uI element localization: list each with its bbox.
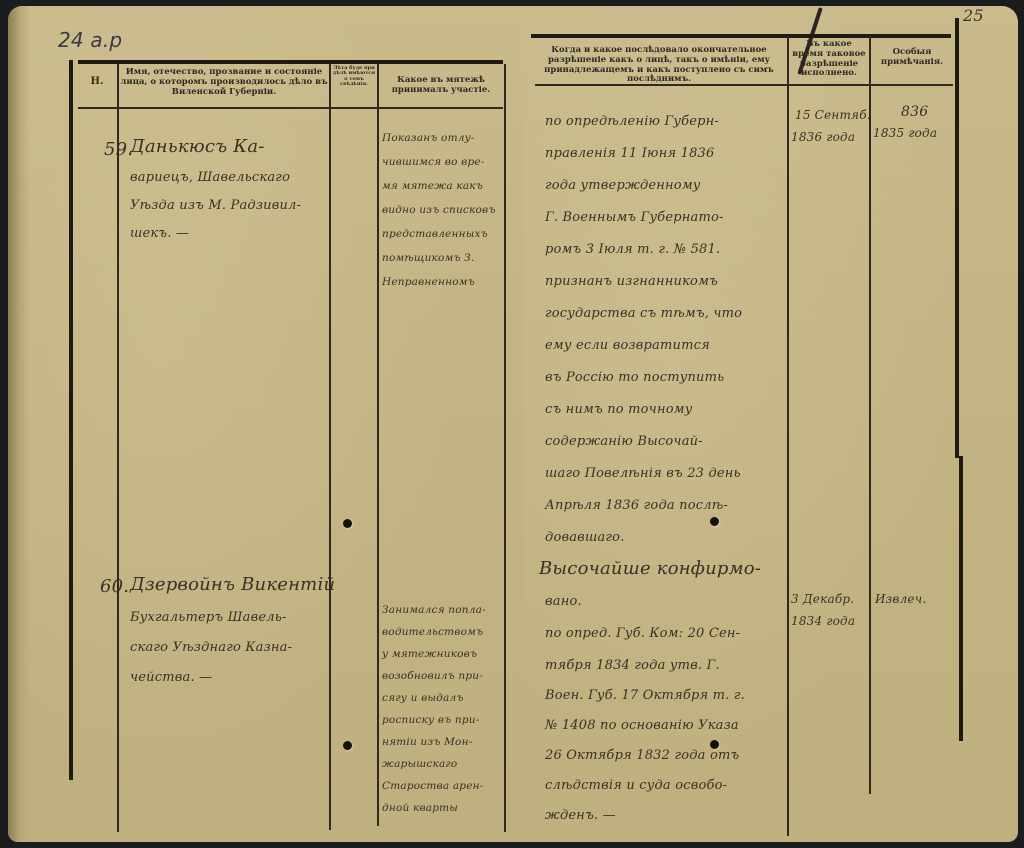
entry-60-participation-line: возобновилъ при-	[382, 670, 483, 682]
entry-60-name-line: Бухгальтеръ Шавель-	[130, 610, 287, 625]
entry-59-participation-line: видно изъ списковъ	[382, 204, 496, 216]
entry-2-resolution-line: 26 Октября 1832 года отъ	[545, 748, 739, 763]
entry-60-participation-line: сягу и выдалъ	[382, 692, 464, 704]
binding-hole	[343, 519, 352, 528]
entry-1-resolution-line: довавшаго.	[545, 530, 625, 545]
binding-hole	[343, 741, 352, 750]
entry-2-resolution-line: № 1408 по основанію Указа	[545, 718, 739, 733]
folio-note-left: 24 a.p	[58, 28, 122, 52]
entry-59-participation-line: мя мятежа какъ	[382, 180, 483, 192]
document-spread: 24 a.p Н. Имя, отечество, прозвание и со…	[0, 0, 1024, 848]
entry-59-participation-line: помѣщикомъ З.	[382, 252, 474, 264]
entry-1-resolution-line: Высочайше конфирмо-	[539, 558, 761, 579]
header-executed: Въ какое время таковое разрѣшеніе исполн…	[790, 40, 868, 79]
entry-60-participation-line: жарышскаго	[382, 758, 457, 770]
entry-2-executed-line: 1834 года	[791, 614, 855, 628]
entry-1-remarks-line: 1835 года	[873, 126, 937, 140]
header-top-rule	[78, 60, 503, 64]
header-top-rule	[531, 34, 951, 38]
entry-60-participation-line: дной кварты	[382, 802, 458, 814]
entry-60-participation-line: росписку въ при-	[382, 714, 479, 726]
col-divider-1	[787, 36, 789, 836]
entry-1-resolution-line: Г. Военнымъ Губернато-	[545, 210, 724, 225]
entry-1-resolution-line: по опредѣленію Губерн-	[545, 114, 719, 129]
entry-2-resolution-line: жденъ. —	[545, 808, 616, 823]
entry-2-resolution-line: тября 1834 года утв. Г.	[545, 658, 720, 673]
entry-1-resolution-line: съ нимъ по точному	[545, 402, 692, 417]
header-resolution: Когда и какое послѣдовало окончательное …	[533, 46, 785, 85]
entry-1-executed-line: 15 Сентяб.	[795, 108, 871, 122]
entry-60-participation-line: у мятежниковъ	[382, 648, 477, 660]
right-page: 25 Когда и какое послѣдовало окончательн…	[523, 6, 1018, 842]
entry-2-remarks-line: Извлеч.	[875, 592, 926, 606]
entry-60-name-line: скаго Уѣзднаго Казна-	[130, 640, 292, 655]
entry-1-resolution-line: ему если возвратится	[545, 338, 710, 353]
entry-60-name-line: Дзервойнъ Викентій	[130, 574, 335, 595]
folio-note-right: 25	[963, 6, 984, 25]
entry-59-name-line: Уѣзда изъ М. Радзивил-	[130, 198, 301, 213]
header-bottom-rule	[78, 107, 503, 109]
entry-1-remarks-line: 836	[901, 104, 928, 120]
entry-59-name-line: вариецъ, Шавельскаго	[130, 170, 290, 185]
entry-1-executed-line: 1836 года	[791, 130, 855, 144]
entry-1-resolution-line: вано.	[545, 594, 582, 609]
entry-2-resolution-line: слѣдствія и суда освобо-	[545, 778, 727, 793]
entry-2-resolution-line: по опред. Губ. Ком: 20 Сен-	[545, 626, 740, 641]
entry-60-participation-line: Староства арен-	[382, 780, 484, 792]
entry-1-resolution-line: въ Россію то поступить	[545, 370, 724, 385]
right-border-rule	[504, 64, 506, 832]
entry-60-participation-line: нятіи изъ Мон-	[382, 736, 472, 748]
entry-60-name-line: чейства. —	[130, 670, 212, 685]
col-divider-1	[117, 64, 119, 832]
header-remarks: Особыя примѣчанія.	[872, 48, 952, 68]
col-divider-2	[329, 64, 331, 830]
right-border-rule-lower	[959, 456, 963, 741]
entry-1-resolution-line: года утвержденному	[545, 178, 701, 193]
right-border-rule	[955, 18, 959, 458]
header-name: Имя, отечество, прозвание и состояніе ли…	[120, 68, 328, 97]
binding-hole	[710, 517, 719, 526]
entry-1-resolution-line: государства съ тѣмъ, что	[545, 306, 742, 321]
binding-hole	[710, 740, 719, 749]
header-participation: Какое въ мятежѣ принималъ участіе.	[380, 76, 502, 96]
entry-60-participation-line: Занимался попла-	[382, 604, 486, 616]
entry-60-participation-line: водительствомъ	[382, 626, 483, 638]
entry-1-resolution-line: содержанію Высочай-	[545, 434, 703, 449]
entry-59-name-line: шекъ. —	[130, 226, 189, 241]
col-divider-3	[377, 64, 379, 826]
entry-2-resolution-line: Воен. Губ. 17 Октября т. г.	[545, 688, 745, 703]
entry-1-resolution-line: Апрѣля 1836 года послѣ-	[545, 498, 728, 513]
entry-59-participation-line: Неправненномъ	[382, 276, 475, 288]
col-divider-2	[869, 36, 871, 794]
left-border-rule	[69, 60, 73, 780]
entry-60-number: 60.	[100, 576, 129, 597]
header-number: Н.	[78, 76, 116, 88]
entry-1-resolution-line: шаго Повелѣнія въ 23 день	[545, 466, 741, 481]
entry-59-name-line: Данькюсъ Ка-	[130, 136, 265, 157]
entry-1-resolution-line: ромъ 3 Іюля т. г. № 581.	[545, 242, 720, 257]
left-page: 24 a.p Н. Имя, отечество, прозвание и со…	[8, 6, 523, 842]
entry-1-resolution-line: признанъ изгнанникомъ	[545, 274, 718, 289]
entry-1-resolution-line: правленія 11 Іюня 1836	[545, 146, 714, 161]
entry-59-participation-line: чившимся во вре-	[382, 156, 485, 168]
entry-59-participation-line: Показанъ отлу-	[382, 132, 475, 144]
entry-59-participation-line: представленныхъ	[382, 228, 488, 240]
header-narrow: Лѣта буде при дѣлѣ имѣются о томъ свѣдѣн…	[332, 66, 376, 87]
entry-2-executed-line: 3 Декабр.	[791, 592, 854, 606]
entry-59-number: 59.	[104, 139, 133, 160]
